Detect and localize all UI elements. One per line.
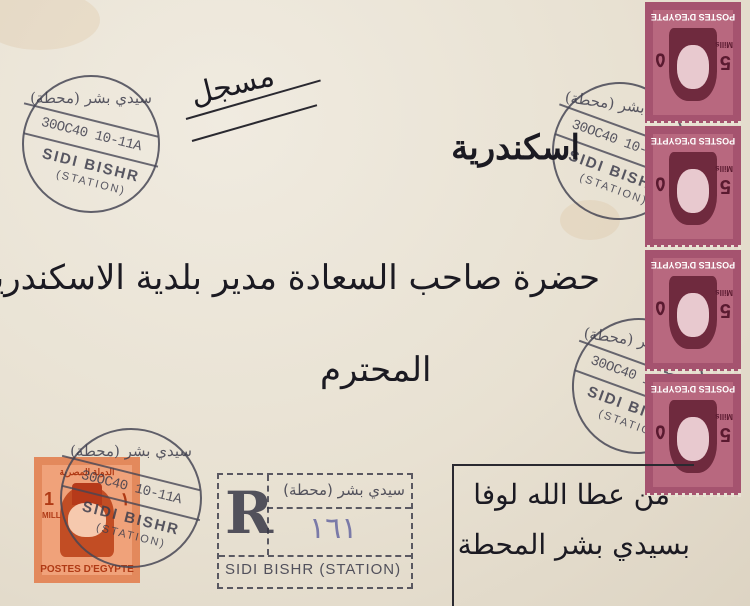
postmark: سيدي بشر (محطة) 30OC40 10-11A SIDI BISHR… xyxy=(22,75,160,213)
stamp-arabic-value: ٥ xyxy=(655,420,666,445)
stamp-5-mills: POSTES D'EGYPTE5Mills٥ xyxy=(645,2,741,123)
registration-office-arabic: سيدي بشر (محطة) xyxy=(271,481,405,499)
stamp-inscription: POSTES D'EGYPTE xyxy=(645,260,741,270)
stamp-inscription: POSTES D'EGYPTE xyxy=(645,12,741,22)
stamp-unit: Mills xyxy=(715,288,733,297)
stamp-inscription: POSTES D'EGYPTE xyxy=(645,136,741,146)
stamp-value: 5 xyxy=(720,174,731,197)
registration-number: ١٦١ xyxy=(309,511,357,546)
handwritten-sender-line1: من عطا الله لوفا xyxy=(473,478,670,511)
registration-letter: R xyxy=(225,479,273,547)
stamp-arabic-value: ٥ xyxy=(655,48,666,73)
stamp-value: 5 xyxy=(720,50,731,73)
stamp-inscription: POSTES D'EGYPTE xyxy=(645,384,741,394)
stamp-unit: Mills xyxy=(715,164,733,173)
stamp-arabic-value: ٥ xyxy=(655,296,666,321)
stamp-value: 1 xyxy=(44,489,54,510)
stamp-unit: Mills xyxy=(715,412,733,421)
stamp-value: 5 xyxy=(720,422,731,445)
postmark-arabic: سيدي بشر (محطة) xyxy=(62,442,200,460)
handwritten-address-line2: المحترم xyxy=(320,350,431,390)
handwritten-address-line1: حضرة صاحب السعادة مدير بلدية الاسكندرية xyxy=(0,258,600,298)
paper-stain xyxy=(0,0,100,50)
stamp-unit: Mills xyxy=(715,40,733,49)
handwritten-city: اسكندرية xyxy=(451,128,580,168)
stamp-5-mills: POSTES D'EGYPTE5Mills٥ xyxy=(645,126,741,247)
registration-label: R سيدي بشر (محطة) ١٦١ SIDI BISHR (STATIO… xyxy=(217,473,413,589)
stamp-value: 5 xyxy=(720,298,731,321)
stamp-5-mills: POSTES D'EGYPTE5Mills٥ xyxy=(645,250,741,371)
handwritten-sender-line2: بسيدي بشر المحطة xyxy=(458,528,690,561)
stamp-arabic-value: ٥ xyxy=(655,172,666,197)
postmark-arabic: سيدي بشر (محطة) xyxy=(24,89,158,107)
registration-office: SIDI BISHR (STATION) xyxy=(225,561,401,578)
envelope: سيدي بشر (محطة) 30OC40 10-11A SIDI BISHR… xyxy=(0,0,750,606)
stamp-unit: MILL xyxy=(42,511,61,520)
postmark: سيدي بشر (محطة) 30OC40 10-11A SIDI BISHR… xyxy=(60,428,202,568)
